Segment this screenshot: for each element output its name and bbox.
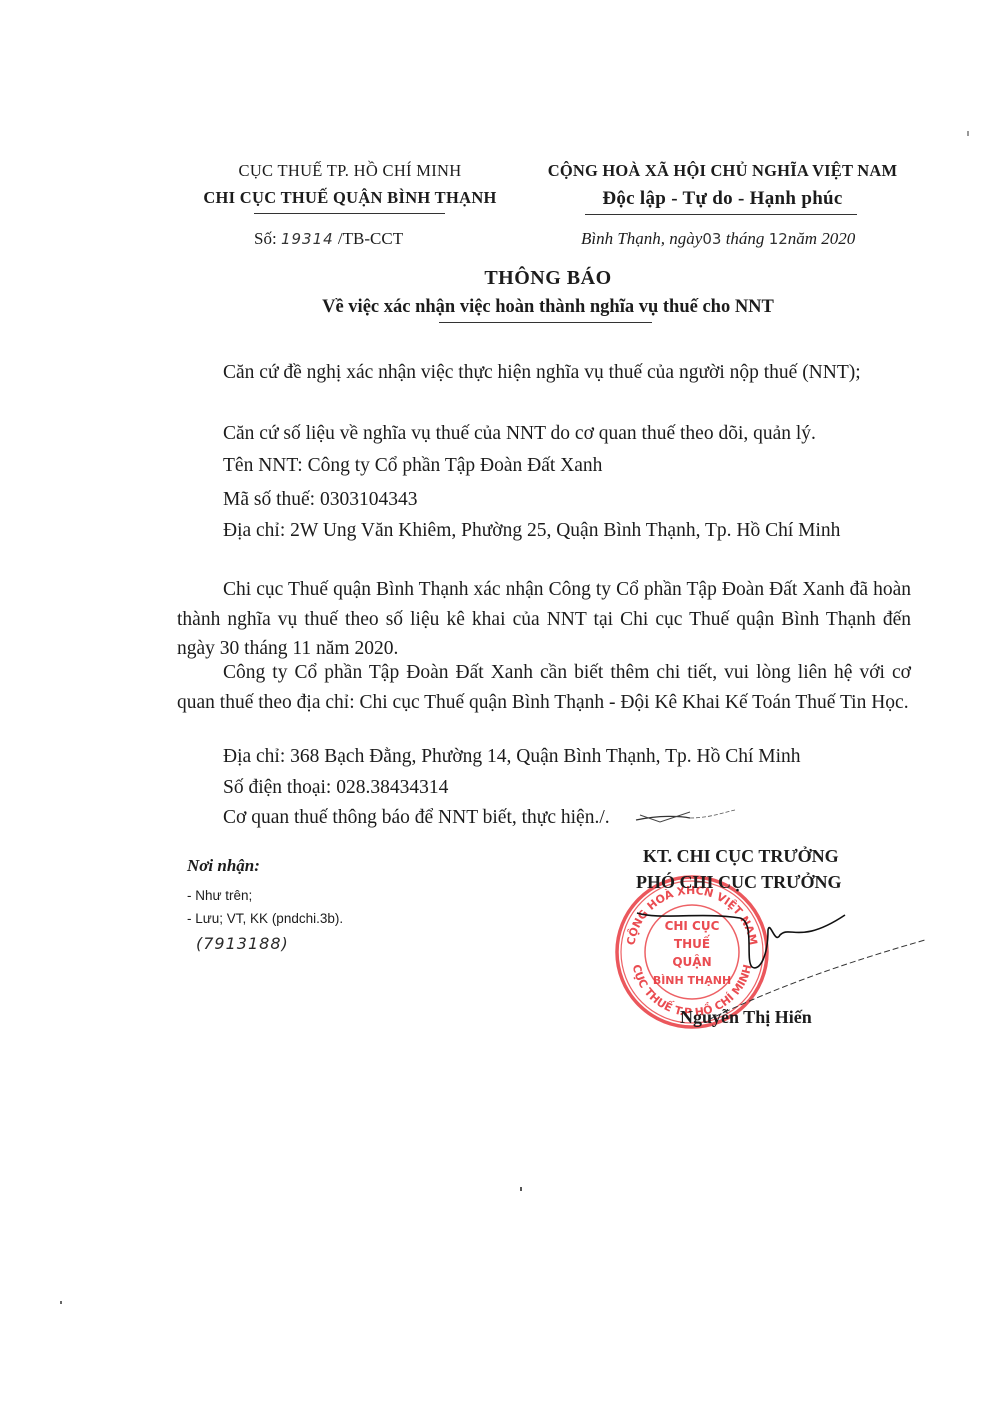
doc-number-suffix: /TB-CCT xyxy=(338,229,403,248)
contact-paragraph: Công ty Cổ phần Tập Đoàn Đất Xanh cần bi… xyxy=(177,658,911,717)
signature-position: PHÓ CHI CỤC TRƯỞNG xyxy=(636,872,842,893)
tax-code: Mã số thuế: 0303104343 xyxy=(177,485,911,515)
document-number: Số: 19314 /TB-CCT xyxy=(254,229,403,249)
recipient-item: - Như trên; xyxy=(187,888,252,903)
office-address: Địa chỉ: 368 Bạch Đằng, Phường 14, Quận … xyxy=(177,742,911,772)
subject-underline xyxy=(439,322,652,323)
date-place: Bình Thạnh, ngày xyxy=(581,229,702,248)
taxpayer-name: Tên NNT: Công ty Cổ phần Tập Đoàn Đất Xa… xyxy=(177,451,911,481)
agency-parent: CỤC THUẾ TP. HỒ CHÍ MINH xyxy=(180,161,520,181)
date-year: năm 2020 xyxy=(788,229,856,248)
scan-speck xyxy=(520,1187,522,1191)
confirmation-paragraph: Chi cục Thuế quận Bình Thạnh xác nhận Cô… xyxy=(177,575,911,664)
national-motto: Độc lập - Tự do - Hạnh phúc xyxy=(525,188,920,210)
agency-name: CHI CỤC THUẾ QUẬN BÌNH THẠNH xyxy=(180,188,520,208)
motto-underline xyxy=(585,214,857,215)
scan-speck xyxy=(60,1301,62,1304)
svg-text:QUẬN: QUẬN xyxy=(672,954,711,969)
document-title: THÔNG BÁO xyxy=(0,267,1000,290)
signature-on-behalf: KT. CHI CỤC TRƯỞNG xyxy=(643,846,839,867)
office-phone: Số điện thoại: 028.38434314 xyxy=(177,773,911,803)
closing-line: Cơ quan thuế thông báo để NNT biết, thực… xyxy=(177,803,911,833)
signer-name: Nguyễn Thị Hiến xyxy=(680,1007,812,1028)
nation-title: CỘNG HOÀ XÃ HỘI CHỦ NGHĨA VIỆT NAM xyxy=(525,161,920,181)
date-day: 03 xyxy=(702,230,721,248)
date-month: 12 xyxy=(769,230,788,248)
document-subject: Về việc xác nhận việc hoàn thành nghĩa v… xyxy=(0,297,1000,318)
svg-text:BÌNH THẠNH: BÌNH THẠNH xyxy=(653,974,731,987)
handwritten-code: (7913188) xyxy=(196,934,289,953)
scan-speck xyxy=(967,131,969,136)
svg-text:THUẾ: THUẾ xyxy=(674,935,711,951)
recipient-item: - Lưu; VT, KK (pndchi.3b). xyxy=(187,911,343,926)
doc-number-handwritten: 19314 xyxy=(281,230,334,248)
recipients-label: Nơi nhận: xyxy=(187,856,260,876)
svg-text:CHI CỤC: CHI CỤC xyxy=(665,919,720,933)
agency-underline xyxy=(254,213,445,214)
basis-paragraph-1: Căn cứ đề nghị xác nhận việc thực hiện n… xyxy=(177,358,911,388)
basis-paragraph-2: Căn cứ số liệu về nghĩa vụ thuế của NNT … xyxy=(177,419,911,449)
doc-number-prefix: Số: xyxy=(254,229,277,248)
taxpayer-address: Địa chỉ: 2W Ung Văn Khiêm, Phường 25, Qu… xyxy=(177,516,911,546)
issue-date: Bình Thạnh, ngày03 tháng 12năm 2020 xyxy=(581,229,855,249)
date-month-label: tháng xyxy=(726,229,765,248)
